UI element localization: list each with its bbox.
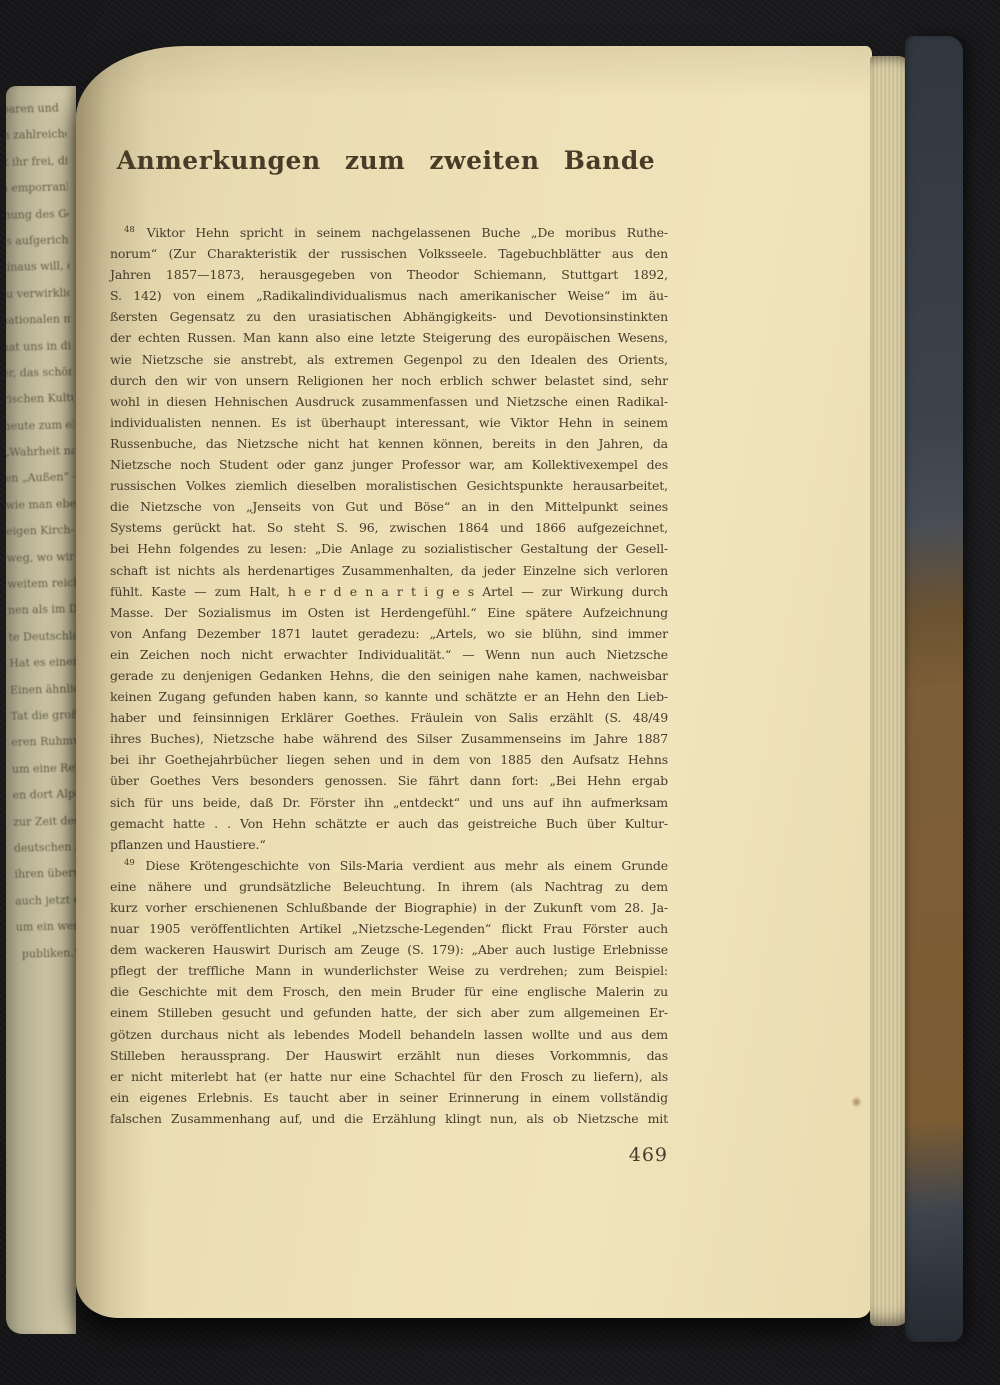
facing-page-text-fragment: te Deutschland von	[8, 623, 76, 651]
footnote-line: Russenbuche, das Nietzsche nicht hat ken…	[110, 433, 668, 454]
footnote-49-first-line: 49 Diese Krötengeschichte von Sils-Maria…	[110, 855, 668, 876]
footnote-line: norum“ (Zur Charakteristik der russische…	[110, 243, 668, 264]
facing-page-text-fragment: Einen ähnlichen	[10, 676, 76, 704]
footnote-line: sich für uns beide, daß Dr. Förster ihn …	[110, 792, 668, 813]
footnote-marker: 49	[124, 858, 136, 868]
footnote-line: Systems gerückt hat. So steht S. 96, zwi…	[110, 517, 668, 538]
footnote-line: falschen Zusammenhang auf, und die Erzäh…	[110, 1108, 668, 1129]
footnote-line: gemacht hatte . . Von Hehn schätzte er a…	[110, 813, 668, 834]
facing-page-text-fragment: weitem reichlicher,	[7, 570, 76, 598]
facing-page-text-fragment: eigen Kirch-	[6, 517, 76, 545]
footnote-line: S. 142) von einem „Radikalindividualismu…	[110, 285, 668, 306]
facing-page-text-fragment: ch zahlreicher	[6, 122, 67, 150]
footnote-line: Nietzsche noch Student oder ganz junger …	[110, 454, 668, 475]
facing-page-text-fragment: hat uns in diese	[6, 333, 72, 361]
footnote-line: die Nietzsche von „Jenseits von Gut und …	[110, 496, 668, 517]
facing-page-text-fragment: zu verwirklichen	[6, 280, 71, 308]
footnote-line: russischen Volkes ziemlich dieselben mor…	[110, 475, 668, 496]
facing-page-text-fragment: eren Ruhmwürdig-	[11, 728, 76, 756]
footnote-48-first-line: 48 Viktor Hehn spricht in seinem nachgel…	[110, 222, 668, 243]
facing-page-text-fragment: ns aufgerichte-	[6, 227, 69, 255]
footnote-line: durch den wir von unsern Religionen her …	[110, 370, 668, 391]
facing-page-text-fragments: baren undch zahlreicherht ihr frei, diel…	[6, 86, 76, 968]
page-title: Anmerkungen zum zweiten Bande	[106, 146, 666, 175]
facing-page-text-fragment: hinaus will, da	[6, 254, 70, 282]
footnote-line: bei ihr Goethejahrbücher liegen sehen un…	[110, 749, 668, 770]
facing-page-edge: baren undch zahlreicherht ihr frei, diel…	[6, 86, 76, 1334]
footnote-line: von Anfang Dezember 1871 lautet geradezu…	[110, 623, 668, 644]
footnote-line: pflegt der treffliche Mann in wunderlich…	[110, 960, 668, 981]
facing-page-text-fragment: „Wahrheit nach	[6, 438, 74, 466]
footnote-line: haber und feinsinnigen Erklärer Goethes.…	[110, 707, 668, 728]
footnote-line: eine nähere und grundsätzliche Beleuchtu…	[110, 876, 668, 897]
facing-page-text-fragment: rnung des Ge-	[6, 201, 69, 229]
facing-page-text-fragment: wie man ebenso	[6, 491, 76, 519]
footnote-line: die Geschichte mit dem Frosch, den mein …	[110, 981, 668, 1002]
footnote-line: über Goethes Vers besonders genossen. Si…	[110, 770, 668, 791]
footnote-line: bei Hehn folgendes zu lesen: „Die Anlage…	[110, 538, 668, 559]
footnote-line: fühlt. Kaste — zum Halt, h e r d e n a r…	[110, 581, 668, 602]
facing-page-text-fragment: la emporranken	[6, 174, 68, 202]
facing-page-text-fragment: um ein wenig über-	[15, 913, 76, 941]
footnote-line: gerade zu denjenigen Gedanken Hehns, die…	[110, 665, 668, 686]
facing-page-text-fragment: Hat es einen Üb-	[9, 649, 76, 677]
footnote-line: ein Zeichen noch nicht erwachter Individ…	[110, 644, 668, 665]
footnote-line: ein eigenes Erlebnis. Es taucht aber in …	[110, 1087, 668, 1108]
footnote-line: einem Stilleben gesucht und gefunden hat…	[110, 1002, 668, 1023]
book-cover-edge	[905, 36, 963, 1342]
footnote-marker: 48	[124, 225, 136, 235]
facing-page-text-fragment: heute zum ehren-	[6, 412, 74, 440]
facing-page-text-fragment: en dort Alpen- und	[12, 781, 76, 809]
facing-page-text-fragment: ihren übernationalen	[14, 860, 76, 888]
footnote-line: schaft ist nichts als herdenartiges Zusa…	[110, 560, 668, 581]
footnote-line: dem wackeren Hauswirt Durisch am Zeuge (…	[110, 939, 668, 960]
facing-page-text-fragment: er, das schönste	[6, 359, 73, 387]
facing-page-text-fragment: auch jetzt eine zeit-	[15, 887, 76, 915]
facing-page-text-fragment: en „Außen“ —	[6, 465, 75, 493]
facing-page-text-fragment: nen als im Deutsch-	[8, 597, 76, 625]
book-photo: baren undch zahlreicherht ihr frei, diel…	[0, 0, 1000, 1385]
footnote-line: er nicht miterlebt hat (er hatte nur ein…	[110, 1066, 668, 1087]
footnote-line: individualisten nennen. Es ist überhaupt…	[110, 412, 668, 433]
paper-stain	[852, 1096, 861, 1108]
facing-page-text-fragment: Tat die große Ge-	[10, 702, 76, 730]
facing-page-text-fragment: zur Zeit des jungen	[13, 808, 76, 836]
facing-page-text-fragment: rischen Kultur	[6, 385, 73, 413]
footnote-line: ihres Buches), Nietzsche habe während de…	[110, 728, 668, 749]
footnote-line: Stilleben heraussprang. Der Hauswirt erz…	[110, 1045, 668, 1066]
facing-page-text-fragment: baren und	[6, 95, 66, 123]
facing-page-text-fragment: ht ihr frei, die	[6, 148, 67, 176]
footnote-line: pflanzen und Haustiere.“	[110, 834, 668, 855]
footnote-line: ßersten Gegensatz zu den urasiatischen A…	[110, 306, 668, 327]
footnote-line: wohl in diesen Hehnischen Ausdruck zusam…	[110, 391, 668, 412]
facing-page-text-fragment: um eine Reihe guter	[12, 755, 76, 783]
facing-page-text-fragment: deutschen Antrieb	[14, 834, 76, 862]
page-stack-fore-edge	[870, 56, 910, 1326]
footnote-line: der echten Russen. Man kann also eine le…	[110, 327, 668, 348]
footnote-line: wie Nietzsche sie anstrebt, als extremen…	[110, 349, 668, 370]
footnote-line: Masse. Der Sozialismus im Osten ist Herd…	[110, 602, 668, 623]
facing-page-text-fragment: publiken.“	[16, 940, 76, 968]
facing-page-text-fragment: weg, wo wir jetzt	[6, 544, 76, 572]
footnote-line: kurz vorher erschienenen Schlußbande der…	[110, 897, 668, 918]
footnote-line: götzen durchaus nicht als lebendes Model…	[110, 1024, 668, 1045]
page-number: 469	[110, 1144, 676, 1166]
book-page: Anmerkungen zum zweiten Bande 48 Viktor …	[76, 46, 872, 1318]
footnote-line: keinen Zugang gefunden haben kann, so ka…	[110, 686, 668, 707]
footnotes-text: 48 Viktor Hehn spricht in seinem nachgel…	[110, 222, 668, 1129]
footnote-line: nuar 1905 veröffentlichten Artikel „Niet…	[110, 918, 668, 939]
footnote-line: Jahren 1857—1873, herausgegeben von Theo…	[110, 264, 668, 285]
facing-page-text-fragment: nationalen mittel-	[6, 306, 71, 334]
